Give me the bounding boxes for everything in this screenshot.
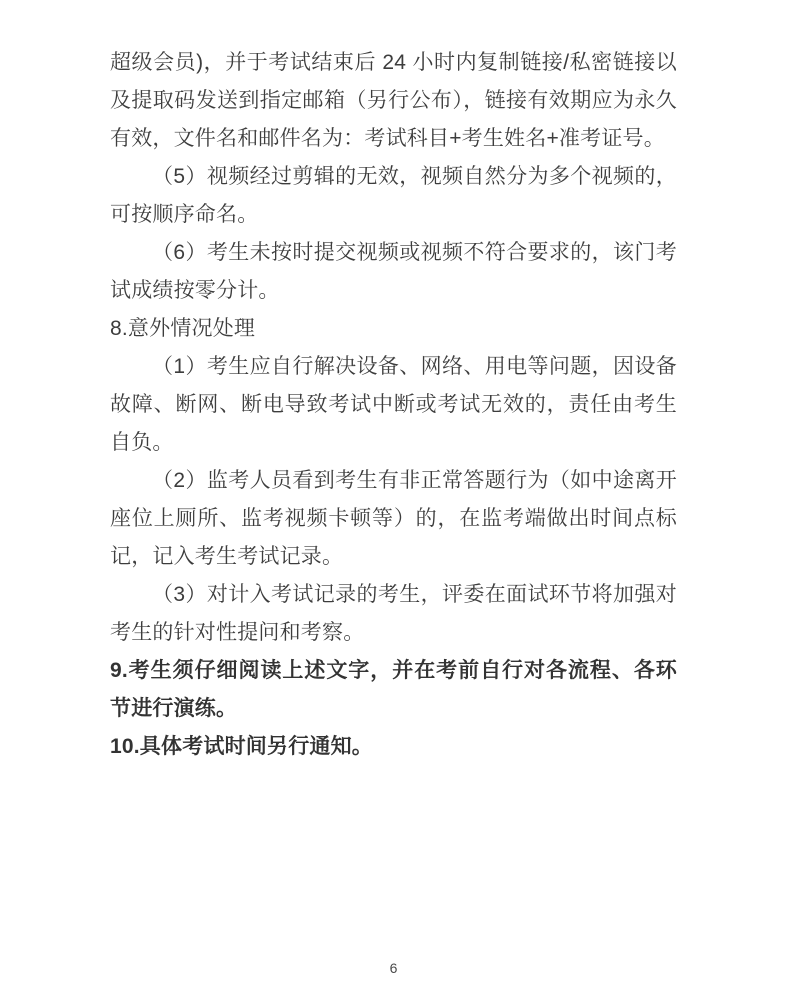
- paragraph: （1）考生应自行解决设备、网络、用电等问题，因设备故障、断网、断电导致考试中断或…: [110, 348, 677, 462]
- paragraph: 10.具体考试时间另行通知。: [110, 728, 677, 766]
- page-number: 6: [390, 960, 398, 976]
- paragraph: （5）视频经过剪辑的无效，视频自然分为多个视频的，可按顺序命名。: [110, 158, 677, 234]
- document-page: 超级会员)，并于考试结束后 24 小时内复制链接/私密链接以及提取码发送到指定邮…: [0, 0, 787, 1007]
- paragraph: 8.意外情况处理: [110, 310, 677, 348]
- paragraph: 超级会员)，并于考试结束后 24 小时内复制链接/私密链接以及提取码发送到指定邮…: [110, 44, 677, 158]
- paragraph: （6）考生未按时提交视频或视频不符合要求的，该门考试成绩按零分计。: [110, 234, 677, 310]
- paragraph: （3）对计入考试记录的考生，评委在面试环节将加强对考生的针对性提问和考察。: [110, 576, 677, 652]
- paragraph: （2）监考人员看到考生有非正常答题行为（如中途离开座位上厕所、监考视频卡顿等）的…: [110, 462, 677, 576]
- document-body: 超级会员)，并于考试结束后 24 小时内复制链接/私密链接以及提取码发送到指定邮…: [110, 44, 677, 766]
- paragraph: 9.考生须仔细阅读上述文字，并在考前自行对各流程、各环节进行演练。: [110, 652, 677, 728]
- page-footer: 6: [0, 958, 787, 978]
